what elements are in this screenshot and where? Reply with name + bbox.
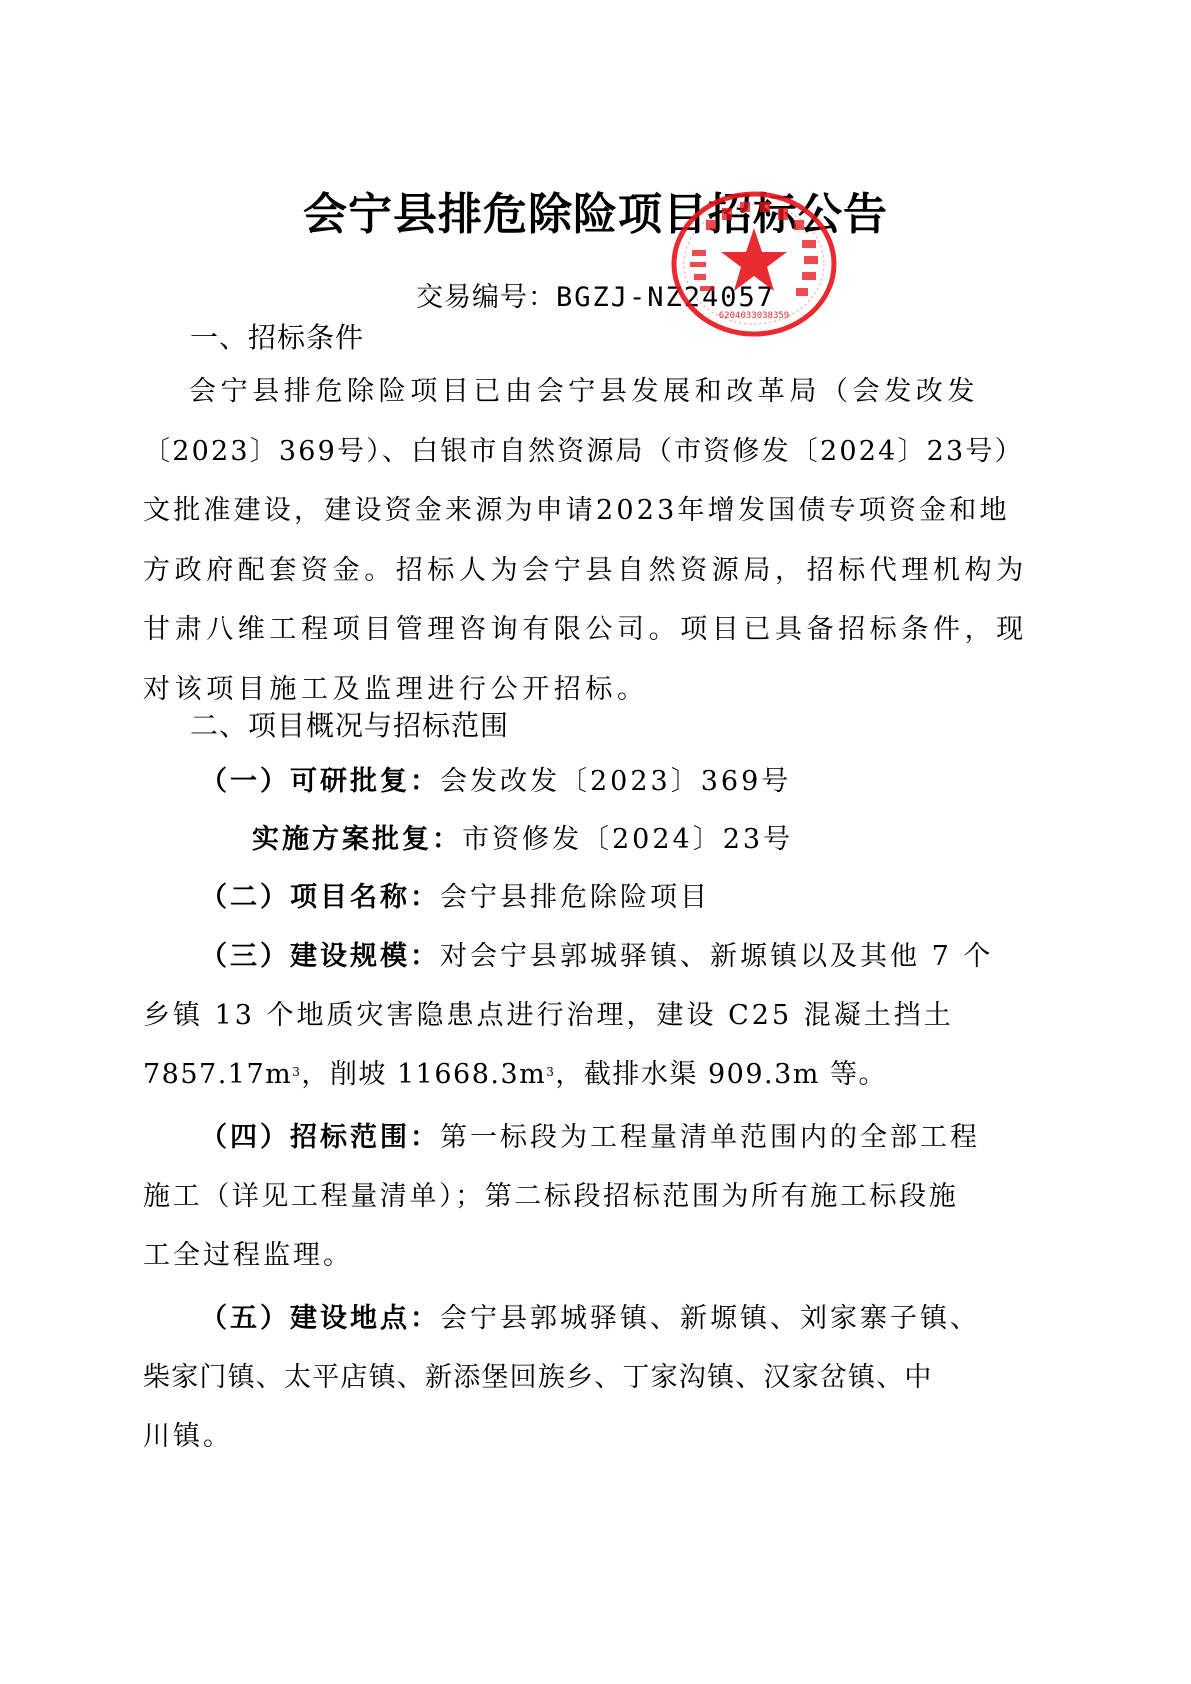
trade-number: 交易编号：BGZJ-NZ24057 xyxy=(0,278,1191,318)
item-bidding-scope-line2: 施工（详见工程量清单）；第二标段招标范围为所有施工标段施 xyxy=(143,1167,958,1227)
item-bidding-scope: （四）招标范围：第一标段为工程量清单范围内的全部工程 xyxy=(200,1108,980,1168)
paragraph-line: 〔2023〕369号）、白银市自然资源局（市资修发〔2024〕23号） xyxy=(143,422,1053,482)
section-heading-2: 二、项目概况与招标范围 xyxy=(190,706,509,746)
item-value: 会宁县排危除险项目 xyxy=(440,882,710,913)
item-construction-location-line2: 柴家门镇、太平店镇、新添堡回族乡、丁家沟镇、汉家岔镇、中 xyxy=(143,1348,933,1408)
paragraph-line: 方政府配套资金。招标人为会宁县自然资源局，招标代理机构为 xyxy=(143,541,1053,601)
trade-number-label: 交易编号： xyxy=(416,282,556,313)
item-value: 会宁县郭城驿镇、新塬镇、刘家寨子镇、 xyxy=(440,1303,980,1334)
item-value: 第一标段为工程量清单范围内的全部工程 xyxy=(440,1122,980,1153)
volume-retaining-wall: 7857.17m xyxy=(143,1059,292,1090)
section-heading-1: 一、招标条件 xyxy=(190,318,364,358)
item-implementation-approval: 实施方案批复：市资修发〔2024〕23号 xyxy=(252,810,793,870)
item-value: 会发改发〔2023〕369号 xyxy=(440,766,791,797)
item-label: （一）可研批复： xyxy=(200,766,440,797)
paragraph-line: 甘肃八维工程项目管理咨询有限公司。项目已具备招标条件，现 xyxy=(143,600,1053,660)
volume-slope-cut: ，削坡 11668.3m xyxy=(301,1059,546,1090)
item-value: 对会宁县郭城驿镇、新塬镇以及其他 7 个 xyxy=(440,941,993,972)
item-construction-location: （五）建设地点：会宁县郭城驿镇、新塬镇、刘家寨子镇、 xyxy=(200,1289,980,1349)
page-title: 会宁县排危除险项目招标公告 xyxy=(0,185,1191,245)
paragraph-line: 文批准建设，建设资金来源为申请2023年增发国债专项资金和地 xyxy=(143,481,1053,541)
item-construction-location-line3: 川镇。 xyxy=(143,1407,233,1467)
item-construction-scale-line2: 乡镇 13 个地质灾害隐患点进行治理，建设 C25 混凝土挡土 xyxy=(143,986,954,1046)
item-label: （五）建设地点： xyxy=(200,1303,440,1334)
item-feasibility-approval: （一）可研批复：会发改发〔2023〕369号 xyxy=(200,752,791,812)
item-project-name: （二）项目名称：会宁县排危除险项目 xyxy=(200,868,710,928)
section1-paragraph: 会宁县排危除险项目已由会宁县发展和改革局（会发改发 〔2023〕369号）、白银… xyxy=(143,362,1053,719)
item-bidding-scope-line3: 工全过程监理。 xyxy=(143,1226,353,1286)
item-label: （二）项目名称： xyxy=(200,882,440,913)
item-label: 实施方案批复： xyxy=(252,824,462,855)
item-construction-scale: （三）建设规模：对会宁县郭城驿镇、新塬镇以及其他 7 个 xyxy=(200,927,993,987)
superscript-cubic: 3 xyxy=(546,1065,555,1079)
document-page: 会宁县排危除险项目招标公告 交易编号：BGZJ-NZ24057 62040330… xyxy=(0,0,1191,1684)
drainage-length: ，截排水渠 909.3m 等。 xyxy=(555,1059,887,1090)
superscript-cubic: 3 xyxy=(292,1065,301,1079)
item-label: （四）招标范围： xyxy=(200,1122,440,1153)
item-label: （三）建设规模： xyxy=(200,941,440,972)
trade-number-value: BGZJ-NZ24057 xyxy=(556,282,775,313)
item-value: 市资修发〔2024〕23号 xyxy=(462,824,793,855)
item-construction-scale-line3: 7857.17m3，削坡 11668.3m3，截排水渠 909.3m 等。 xyxy=(143,1045,887,1105)
paragraph-line: 会宁县排危除险项目已由会宁县发展和改革局（会发改发 xyxy=(143,362,1053,422)
